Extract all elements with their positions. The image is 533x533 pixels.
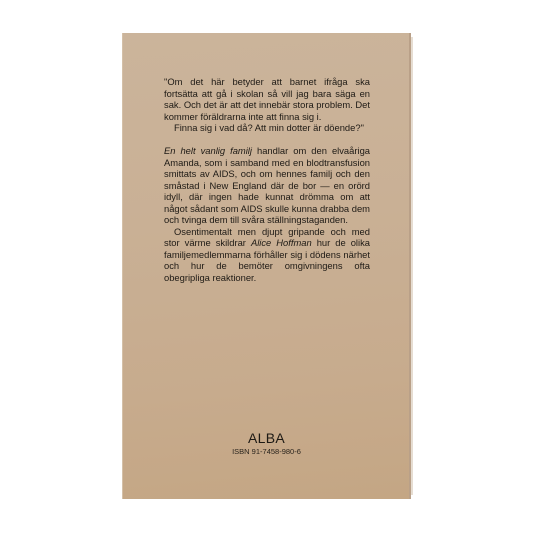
quote-paragraph-2: Finna sig i vad då? Att min dotter är dö… bbox=[164, 122, 370, 134]
book-back-cover: "Om det här betyder att barnet ifråga sk… bbox=[122, 33, 411, 499]
author-name: Alice Hoffman bbox=[251, 237, 312, 248]
isbn-number: ISBN 91-7458-980-6 bbox=[122, 447, 411, 456]
book-title: En helt vanlig familj bbox=[164, 145, 252, 156]
quote-text: "Om det här betyder att barnet ifråga sk… bbox=[164, 76, 370, 122]
description-text: handlar om den elvaåriga Amanda, som i s… bbox=[164, 145, 370, 225]
review-paragraph: Osentimentalt men djupt gripande och med… bbox=[164, 226, 370, 284]
quote-paragraph: "Om det här betyder att barnet ifråga sk… bbox=[164, 76, 370, 122]
description-paragraph: En helt vanlig familj handlar om den elv… bbox=[164, 145, 370, 226]
publisher-name: ALBA bbox=[122, 430, 411, 446]
quote-text-2: Finna sig i vad då? Att min dotter är dö… bbox=[174, 122, 364, 133]
blurb-text: "Om det här betyder att barnet ifråga sk… bbox=[164, 76, 370, 283]
